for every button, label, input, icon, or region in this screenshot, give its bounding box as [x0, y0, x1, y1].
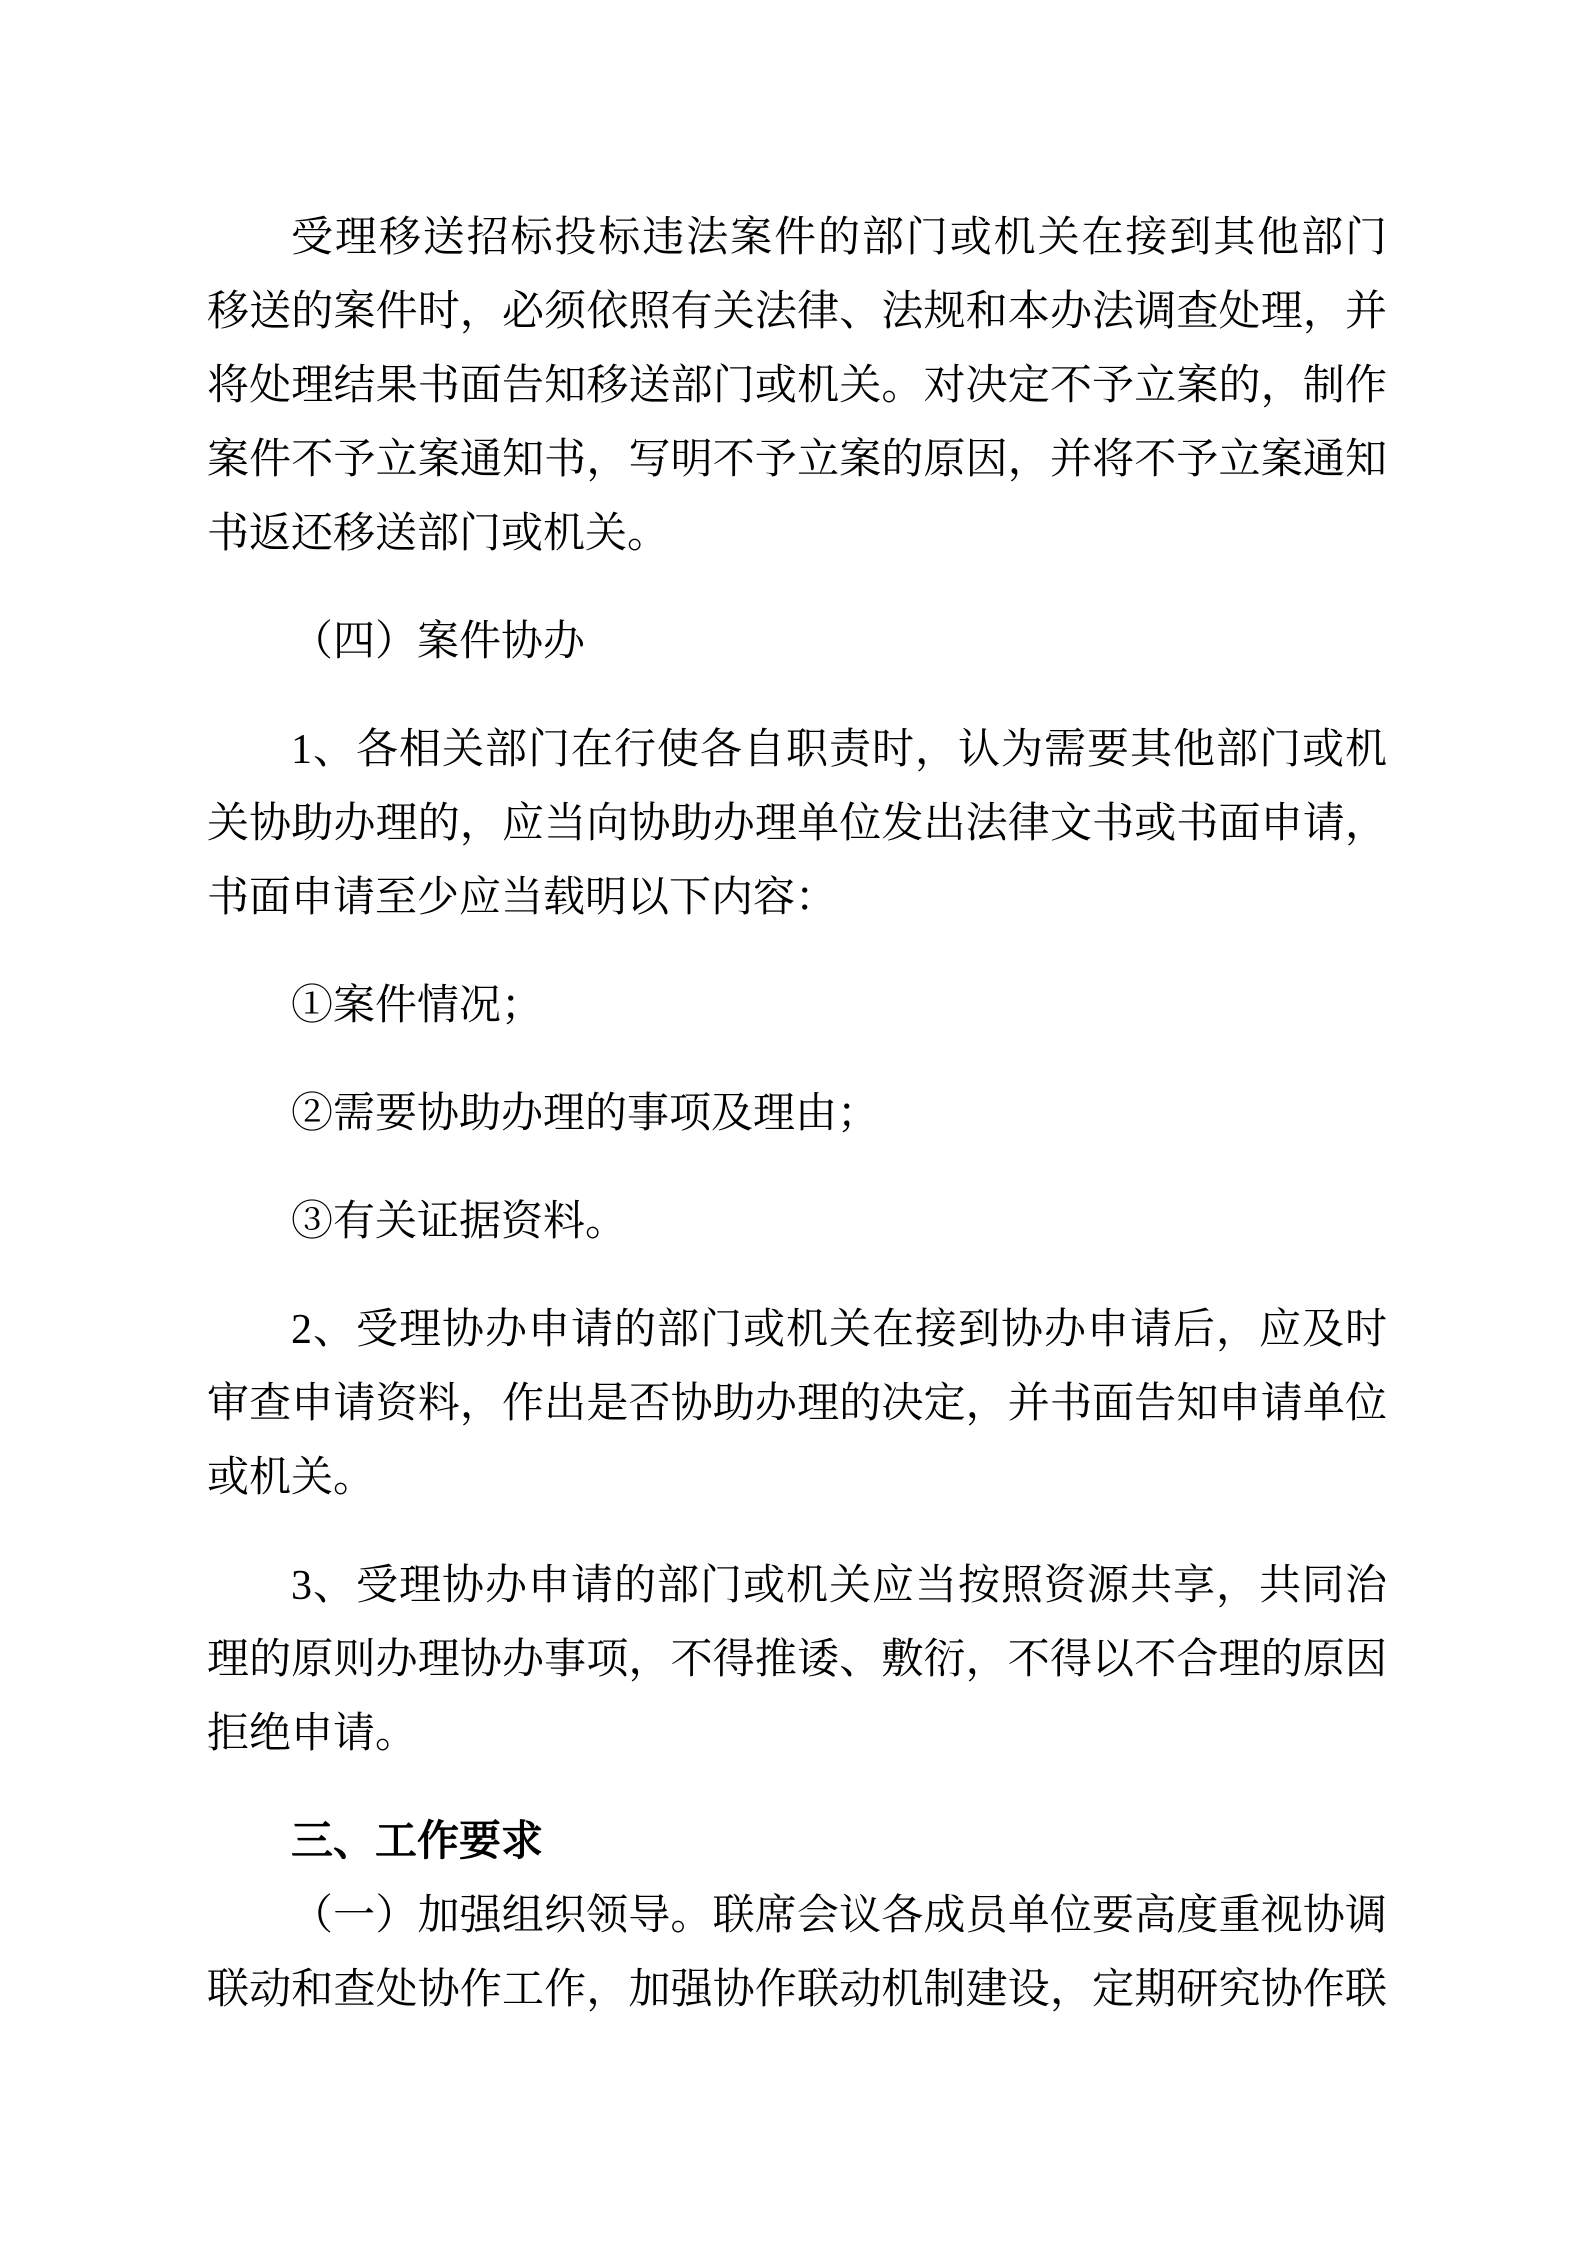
text-line: 将处理结果书面告知移送部门或机关。对决定不予立案的，制作: [207, 349, 1387, 423]
text-line: 审查申请资料，作出是否协助办理的决定，并书面告知申请单位: [207, 1367, 1387, 1441]
paragraph-item-1-assistance-request: 1、各相关部门在行使各自职责时，认为需要其他部门或机 关协助办理的，应当向协助办…: [207, 713, 1387, 935]
text-line: ③有关证据资料。: [207, 1185, 1387, 1259]
subheading-section-4-case-assistance: （四）案件协办: [207, 605, 1387, 679]
text-line: 拒绝申请。: [207, 1697, 1387, 1771]
text-line: 或机关。: [207, 1441, 1387, 1515]
paragraph-transfer-case-handling: 受理移送招标投标违法案件的部门或机关在接到其他部门 移送的案件时，必须依照有关法…: [207, 201, 1387, 571]
text-line: 1、各相关部门在行使各自职责时，认为需要其他部门或机: [207, 713, 1387, 787]
text-line: 联动和查处协作工作，加强协作联动机制建设，定期研究协作联: [207, 1953, 1387, 2027]
list-item-2-assistance-matters: ②需要协助办理的事项及理由；: [207, 1077, 1387, 1151]
text-line: （一）加强组织领导。联席会议各成员单位要高度重视协调: [207, 1879, 1387, 1953]
text-line: 书面申请至少应当载明以下内容：: [207, 861, 1387, 935]
text-line: ①案件情况；: [207, 969, 1387, 1043]
paragraph-1-strengthen-leadership: （一）加强组织领导。联席会议各成员单位要高度重视协调 联动和查处协作工作，加强协…: [207, 1879, 1387, 2027]
heading-3-work-requirements: 三、工作要求: [207, 1805, 1387, 1879]
paragraph-item-2-review-decision: 2、受理协办申请的部门或机关在接到协办申请后，应及时 审查申请资料，作出是否协助…: [207, 1293, 1387, 1515]
list-item-1-case-situation: ①案件情况；: [207, 969, 1387, 1043]
text-line: 案件不予立案通知书，写明不予立案的原因，并将不予立案通知: [207, 423, 1387, 497]
text-line: 理的原则办理协办事项，不得推诿、敷衍，不得以不合理的原因: [207, 1623, 1387, 1697]
paragraph-item-3-resource-sharing: 3、受理协办申请的部门或机关应当按照资源共享，共同治 理的原则办理协办事项，不得…: [207, 1549, 1387, 1771]
text-line: 3、受理协办申请的部门或机关应当按照资源共享，共同治: [207, 1549, 1387, 1623]
text-line: ②需要协助办理的事项及理由；: [207, 1077, 1387, 1151]
text-line: 受理移送招标投标违法案件的部门或机关在接到其他部门: [207, 201, 1387, 275]
text-line: 关协助办理的，应当向协助办理单位发出法律文书或书面申请，: [207, 787, 1387, 861]
list-item-3-evidence-materials: ③有关证据资料。: [207, 1185, 1387, 1259]
text-line: 书返还移送部门或机关。: [207, 497, 1387, 571]
text-line: 三、工作要求: [207, 1805, 1387, 1879]
text-line: 移送的案件时，必须依照有关法律、法规和本办法调查处理，并: [207, 275, 1387, 349]
text-line: （四）案件协办: [207, 605, 1387, 679]
document-page: 受理移送招标投标违法案件的部门或机关在接到其他部门 移送的案件时，必须依照有关法…: [0, 0, 1587, 2245]
text-line: 2、受理协办申请的部门或机关在接到协办申请后，应及时: [207, 1293, 1387, 1367]
